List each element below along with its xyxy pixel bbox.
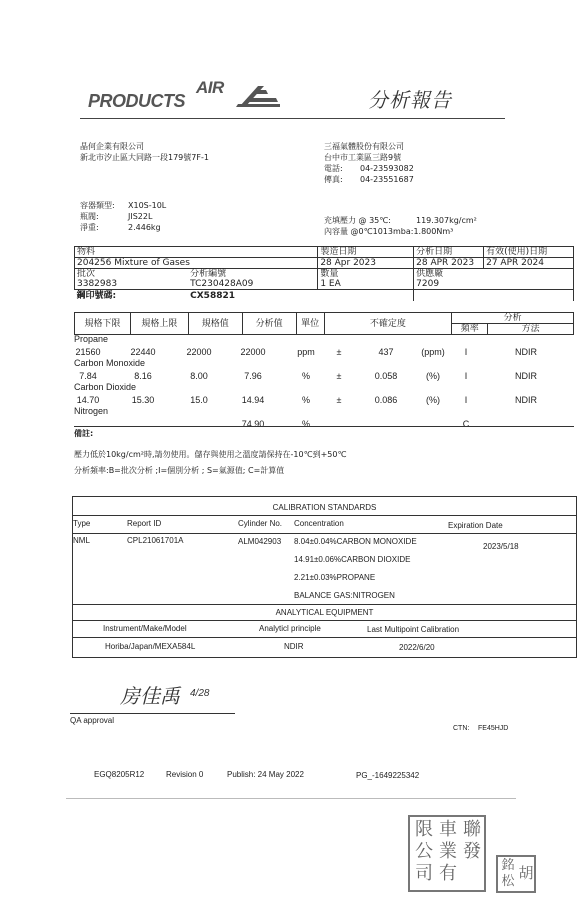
- component-uncertainty: 437: [378, 346, 393, 358]
- publish-date: Publish: 24 May 2022: [227, 770, 304, 780]
- component-name: Nitrogen: [74, 406, 108, 417]
- component-uncertainty: 0.058: [375, 370, 398, 382]
- component-pm: ±: [337, 394, 342, 406]
- component-unc-unit: (ppm): [421, 346, 445, 358]
- report-title: 分析報告: [368, 84, 452, 113]
- header-lower-limit: 規格下限: [75, 313, 131, 335]
- cal-concentration-4: BALANCE GAS:NITROGEN: [294, 591, 395, 601]
- header-uncertainty: 不確定度: [324, 313, 452, 335]
- notes-label: 備註:: [74, 429, 93, 439]
- footer-divider: [66, 798, 516, 799]
- cal-concentration-2: 14.91±0.06%CARBON DIOXIDE: [294, 555, 410, 565]
- analysis-date-value: 28 APR 2023: [414, 258, 484, 269]
- valve-label: 瓶閥:: [80, 212, 128, 222]
- ctn: CTN:FE45HJD: [453, 724, 508, 733]
- component-pm: ±: [337, 346, 342, 358]
- component-upper: 15.30: [132, 394, 155, 406]
- component-lower: 21560: [75, 346, 100, 358]
- stamp-number-label: 鋼印號碼:: [75, 290, 189, 302]
- container-type-value: X10S-10L: [128, 201, 166, 210]
- header-method: 方法: [488, 324, 574, 335]
- notes-line-2: 分析頻率:B=批次分析 ;I=個別分析 ; S=氣源值; C=計算值: [74, 466, 284, 476]
- logo-text-air: AIR: [196, 80, 224, 96]
- component-uncertainty: 0.086: [375, 394, 398, 406]
- net-weight-value: 2.446kg: [128, 223, 161, 232]
- component-freq: I: [465, 394, 468, 406]
- ctn-label: CTN:: [453, 724, 478, 733]
- valve-type: 瓶閥:JIS22L: [80, 212, 152, 222]
- cal-expiration-date: 2023/5/18: [483, 542, 519, 552]
- material-label: 物料: [75, 247, 318, 258]
- equipment-title: ANALYTICAL EQUIPMENT: [73, 608, 576, 618]
- header-unit: 單位: [296, 313, 324, 335]
- cal-header-concentration: Concentration: [294, 519, 344, 529]
- component-value: 22000: [240, 346, 265, 358]
- ctn-value: FE45HJD: [478, 725, 508, 732]
- component-row: 21560224402200022000ppm±437(ppm)INDIR: [74, 346, 574, 358]
- container-type-label: 容器類型:: [80, 201, 128, 211]
- component-row: 14.7015.3015.014.94%±0.086(%)INDIR: [74, 394, 574, 406]
- analysis-date-label: 分析日期: [414, 247, 484, 258]
- eq-instrument: Horiba/Japan/MEXA584L: [105, 642, 195, 652]
- component-unit: ppm: [297, 346, 315, 358]
- company-seal-stamp: 聯發 車業有 限公司: [408, 815, 486, 892]
- cal-concentration-1: 8.04±0.04%CARBON MONOXIDE: [294, 537, 417, 547]
- revision: Revision 0: [166, 770, 203, 780]
- expiry-date-label: 有效(使用)日期: [484, 247, 574, 258]
- component-upper: 8.16: [134, 370, 152, 382]
- calibration-title: CALIBRATION STANDARDS: [73, 503, 576, 513]
- air-products-logo-mark-icon: [236, 84, 280, 108]
- cal-header-type: Type: [73, 519, 90, 529]
- phone-value: 04-23593082: [360, 164, 414, 173]
- fill-pressure: 充填壓力 @ 35℃:119.307kg/cm²: [324, 216, 477, 226]
- batch-label: 批次: [75, 269, 189, 280]
- fill-pressure-value: 119.307kg/cm²: [416, 216, 477, 225]
- header-upper-limit: 規格上限: [130, 313, 188, 335]
- vendor-value: 7209: [414, 279, 574, 290]
- eq-principle: NDIR: [284, 642, 304, 652]
- cal-report-id: CPL21061701A: [127, 536, 184, 546]
- personal-seal-col-1: 胡: [517, 858, 535, 888]
- component-spec: 15.0: [190, 394, 208, 406]
- mfg-date-value: 28 Apr 2023: [318, 258, 414, 269]
- eq-header-instrument: Instrument/Make/Model: [103, 624, 187, 634]
- header-analysis-group: 分析: [452, 313, 574, 324]
- qa-approval-label: QA approval: [70, 716, 114, 726]
- component-unit: %: [302, 418, 310, 430]
- component-freq: I: [465, 370, 468, 382]
- phone-label: 電話:: [324, 164, 360, 174]
- header-divider: [80, 118, 505, 119]
- analysis-no-label: 分析編號: [188, 269, 318, 280]
- cal-header-expiration: Expiration Date: [448, 521, 503, 531]
- component-row: 74.90%C: [74, 418, 574, 430]
- cal-cylinder-no: ALM042903: [238, 537, 281, 547]
- eq-last-calibration: 2022/6/20: [399, 643, 435, 653]
- component-unc-unit: (%): [426, 394, 440, 406]
- spec-header-table: 規格下限 規格上限 規格值 分析值 單位 不確定度 分析 頻率 方法: [74, 312, 574, 335]
- component-name: Carbon Dioxide: [74, 382, 136, 393]
- notes-line-1: 壓力低於10kg/cm²時,請勿使用。儲存與使用之溫度請保持在-10℃到+50℃: [74, 450, 346, 460]
- component-unit: %: [302, 394, 310, 406]
- calibration-standards-table: CALIBRATION STANDARDS Type Report ID Cyl…: [72, 496, 577, 658]
- stamp-number-value: CX58821: [188, 290, 318, 302]
- quantity-value: 1 EA: [318, 279, 414, 290]
- supplier-phone: 電話:04-23593082: [324, 164, 414, 174]
- component-method: NDIR: [515, 346, 537, 358]
- signature-line: [70, 713, 235, 714]
- net-weight: 淨重:2.446kg: [80, 223, 161, 233]
- container-type: 容器類型:X10S-10L: [80, 201, 166, 211]
- batch-value: 3382983: [75, 279, 189, 290]
- component-spec: 8.00: [190, 370, 208, 382]
- component-unc-unit: (%): [426, 370, 440, 382]
- customer-name: 晶何企業有限公司: [80, 142, 144, 152]
- cal-concentration-3: 2.21±0.03%PROPANE: [294, 573, 375, 583]
- header-spec-value: 規格值: [188, 313, 242, 335]
- seal-col-2: 車業有: [436, 819, 460, 885]
- component-pm: ±: [337, 370, 342, 382]
- net-weight-label: 淨重:: [80, 223, 128, 233]
- fax-label: 傳真:: [324, 175, 360, 185]
- components-bottom-divider: [74, 426, 574, 427]
- cal-header-cylinder: Cylinder No.: [238, 519, 282, 529]
- valve-value: JIS22L: [128, 212, 152, 221]
- qa-signature: 房佳禹: [120, 680, 180, 709]
- component-value: 14.94: [242, 394, 265, 406]
- mfg-date-label: 製造日期: [318, 247, 414, 258]
- seal-col-3: 限公司: [412, 819, 436, 885]
- component-freq: I: [465, 346, 468, 358]
- fill-pressure-label: 充填壓力 @ 35℃:: [324, 216, 416, 226]
- content-volume-value: 1.800Nm³: [413, 227, 453, 236]
- header-analysis-value: 分析值: [242, 313, 296, 335]
- fax-value: 04-23551687: [360, 175, 414, 184]
- vendor-label: 供應廠: [414, 269, 574, 280]
- supplier-address: 台中市工業區三路9號: [324, 153, 401, 163]
- component-lower: 7.84: [79, 370, 97, 382]
- component-spec: 22000: [186, 346, 211, 358]
- component-name: Propane: [74, 334, 108, 345]
- component-method: NDIR: [515, 394, 537, 406]
- component-lower: 14.70: [77, 394, 100, 406]
- cal-header-report-id: Report ID: [127, 519, 161, 529]
- material-value: 204256 Mixture of Gases: [75, 258, 318, 269]
- seal-col-1: 聯發: [460, 819, 484, 863]
- cal-type: NML: [73, 536, 90, 546]
- supplier-fax: 傳真:04-23551687: [324, 175, 414, 185]
- component-row: 7.848.168.007.96%±0.058(%)INDIR: [74, 370, 574, 382]
- eq-header-principle: Analyticl principle: [259, 624, 321, 634]
- analysis-no-value: TC230428A09: [188, 279, 318, 290]
- component-upper: 22440: [130, 346, 155, 358]
- personal-seal-col-2: 銘松: [499, 858, 517, 890]
- content-volume: 內容量 @0℃1013mba:1.800Nm³: [324, 227, 453, 237]
- component-name: Carbon Monoxide: [74, 358, 145, 369]
- header-frequency: 頻率: [452, 324, 488, 335]
- page-id: PG_-1649225342: [356, 771, 419, 781]
- eq-header-last-calibration: Last Multipoint Calibration: [367, 625, 459, 635]
- component-unit: %: [302, 370, 310, 382]
- component-method: NDIR: [515, 370, 537, 382]
- product-info-table: 物料 製造日期 分析日期 有效(使用)日期 204256 Mixture of …: [74, 246, 574, 301]
- doc-number: EGQ8205R12: [94, 770, 144, 780]
- component-value: 7.96: [244, 370, 262, 382]
- logo-text-products: PRODUCTS: [88, 92, 185, 110]
- supplier-name: 三福氣體股份有限公司: [324, 142, 404, 152]
- component-freq: C: [463, 418, 470, 430]
- qa-signature-date: 4/28: [190, 688, 209, 699]
- air-products-logo: AIR PRODUCTS: [88, 80, 278, 110]
- quantity-label: 數量: [318, 269, 414, 280]
- personal-seal-stamp: 胡 銘松: [496, 855, 536, 893]
- content-volume-label: 內容量 @0℃1013mba:: [324, 227, 413, 236]
- customer-address: 新北市汐止區大同路一段179號7F-1: [80, 153, 209, 163]
- expiry-date-value: 27 APR 2024: [484, 258, 574, 269]
- component-value: 74.90: [242, 418, 265, 430]
